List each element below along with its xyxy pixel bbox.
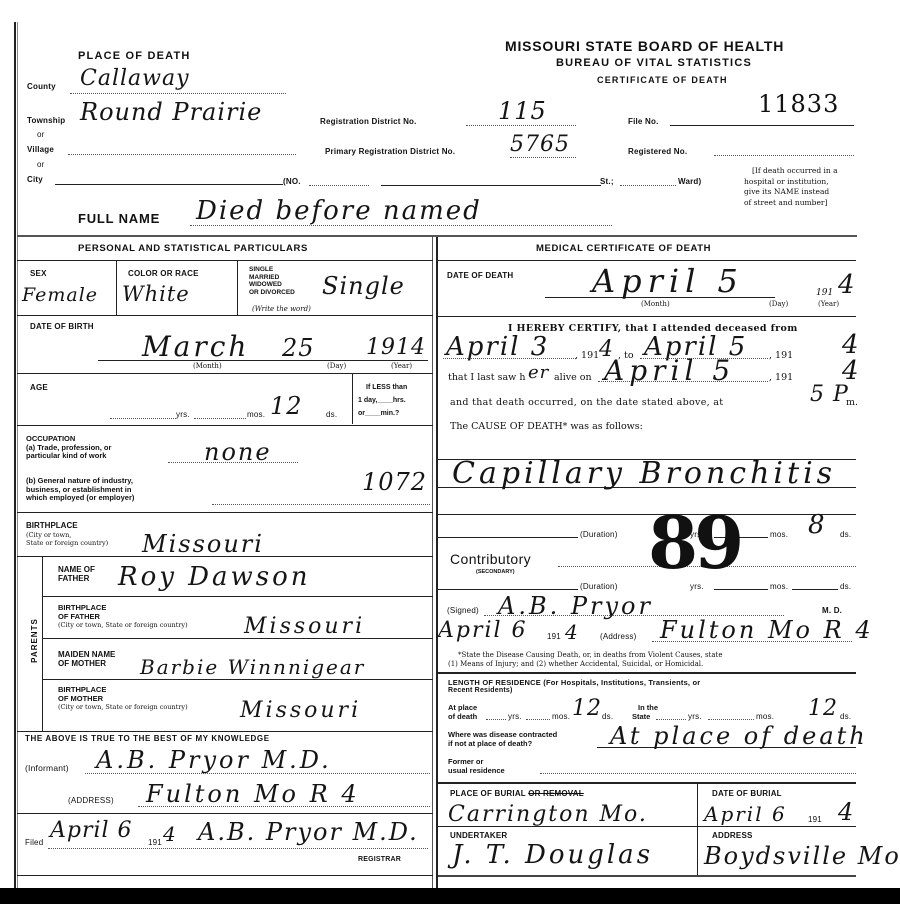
registrar-signature: A.B. Pryor M.D.: [198, 818, 419, 846]
hospital-note-line: of street and number]: [744, 198, 838, 209]
age-divider: [352, 374, 353, 424]
dod-year-prefix: 191: [816, 288, 833, 298]
at-place-label: At place of death: [448, 704, 477, 721]
res-place-ds-value: 12: [572, 696, 602, 721]
mother-maiden-label-line: OF MOTHER: [58, 659, 115, 668]
contracted-value: At place of death: [610, 722, 868, 750]
contributory-label: Contributory: [450, 551, 531, 567]
left-border: [14, 22, 16, 888]
duration-label-1: (Duration): [580, 530, 618, 539]
file-no-line: [670, 125, 854, 126]
ward-label: Ward): [678, 177, 701, 186]
age-yrs-label: yrs.: [176, 410, 190, 419]
dod-bottom-line: [438, 316, 856, 317]
bureau-title: BUREAU OF VITAL STATISTICS: [556, 57, 752, 69]
age-ds-value: 12: [270, 392, 303, 420]
father-name-value: Roy Dawson: [118, 562, 311, 592]
dod-month-caption: (Month): [641, 300, 670, 308]
death-time-value: 5 P: [810, 382, 849, 407]
signed-address-label: (Address): [600, 632, 636, 641]
in-state-label: In the State: [632, 704, 658, 721]
primary-reg-value: 5765: [510, 132, 570, 157]
center-divider: [436, 237, 438, 888]
dob-year: 1914: [366, 335, 426, 360]
marital-option: WIDOWED: [249, 281, 295, 289]
sex-race-divider: [116, 261, 117, 315]
filed-year-suffix: 4: [163, 822, 177, 846]
dod-year-suffix: 4: [838, 270, 856, 300]
undertaker-bottom-line: [438, 875, 856, 877]
parents-label: PARENTS: [30, 618, 39, 663]
dob-month: March: [142, 330, 249, 363]
full-name-value: Died before named: [196, 196, 482, 226]
father-bp-value: Missouri: [244, 614, 365, 639]
burial-row-line: [438, 826, 856, 827]
birthplace-value: Missouri: [142, 530, 264, 558]
res-place-yrs-line: [486, 719, 506, 720]
father-row-line: [43, 596, 433, 597]
occupation-label: OCCUPATION (a) Trade, profession, or par…: [26, 435, 111, 461]
occupation-a-line: particular kind of work: [26, 452, 111, 461]
father-bp-label: BIRTHPLACE OF FATHER (City or town, Stat…: [58, 604, 188, 630]
last-saw-post: alive on: [554, 372, 592, 383]
contracted-label-line: if not at place of death?: [448, 740, 557, 749]
attended-from-year-prefix: , 191: [575, 350, 599, 361]
occupation-b-label: (b) General nature of industry, business…: [26, 477, 134, 503]
footnote-line: (1) Means of Injury; and (2) whether Acc…: [448, 660, 722, 669]
parents-divider: [42, 557, 43, 731]
duration-ds-label-1: ds.: [840, 530, 851, 539]
duration-mos-label-1: mos.: [770, 530, 788, 539]
certificate-document: PLACE OF DEATH MISSOURI STATE BOARD OF H…: [0, 0, 900, 904]
county-value: Callaway: [80, 66, 190, 91]
father-bp-row-line: [43, 638, 433, 639]
or-label-2: or: [37, 160, 45, 169]
md-label: M. D.: [822, 606, 842, 615]
contracted-label: Where was disease contracted if not at p…: [448, 731, 557, 748]
undertaker-label: UNDERTAKER: [450, 831, 507, 840]
marital-value: Single: [322, 272, 405, 300]
last-saw-pronoun: er: [528, 362, 549, 383]
full-name-label: FULL NAME: [78, 211, 160, 226]
age-mos-line: [194, 418, 246, 419]
father-bp-label-line: OF FATHER: [58, 613, 188, 622]
occupation-b-line: which employed (or employer): [26, 494, 134, 503]
file-no-label: File No.: [628, 117, 659, 126]
footnote-bottom-line: [438, 672, 856, 674]
mother-bp-sub: (City or town, State or foreign country): [58, 703, 188, 712]
duration-ds-value: 8: [808, 510, 826, 540]
marital-note: (Write the word): [252, 305, 311, 313]
filed-bottom-line: [17, 875, 433, 876]
last-saw-year-prefix: , 191: [769, 372, 793, 383]
duration-line-1: [438, 537, 578, 538]
row-line-3: [17, 425, 433, 426]
father-name-label-line: FATHER: [58, 574, 95, 583]
duration-line-2: [438, 589, 578, 590]
informant-address-label: (ADDRESS): [68, 796, 114, 805]
age-label: AGE: [30, 383, 48, 392]
county-label: County: [27, 82, 56, 91]
burial-date-value: April 6: [704, 802, 787, 826]
duration-mos-label-2: mos.: [770, 582, 788, 591]
burial-year-prefix: 191: [808, 815, 822, 824]
village-line: [68, 154, 296, 155]
burial-place-value: Carrington Mo.: [448, 802, 648, 827]
signed-date: April 6: [438, 618, 528, 643]
less-than-line: or____min.?: [358, 407, 407, 420]
reg-district-label: Registration District No.: [320, 117, 417, 126]
occupation-a-value: none: [204, 438, 272, 466]
board-title: MISSOURI STATE BOARD OF HEALTH: [505, 38, 784, 54]
row-line-1: [17, 315, 433, 316]
no-label: (NO.: [283, 177, 301, 186]
undertaker-address-value: Boydsville Mo: [704, 842, 900, 870]
attended-to-year-prefix: , 191: [769, 350, 793, 361]
reg-district-line: [466, 125, 576, 126]
cause-value: Capillary Bronchitis: [452, 456, 836, 491]
burial-divider: [697, 784, 698, 875]
dod-year-caption: (Year): [818, 300, 839, 308]
birthplace-sub-line: State or foreign country): [26, 539, 108, 547]
dod-label: DATE OF DEATH: [447, 271, 513, 280]
birthplace-heading: BIRTHPLACE: [26, 521, 78, 530]
former-res-label: Former or usual residence: [448, 758, 505, 775]
informant-value: A.B. Pryor M.D.: [96, 746, 332, 774]
personal-section-title: PERSONAL AND STATISTICAL PARTICULARS: [78, 243, 308, 254]
dob-year-caption: (Year): [391, 362, 412, 370]
marital-option: OR DIVORCED: [249, 289, 295, 297]
row-line-2: [17, 373, 433, 374]
occupation-b-line: [212, 504, 430, 505]
age-yrs-line: [110, 418, 176, 419]
res-state-mos-line: [708, 719, 754, 720]
dod-day-caption: (Day): [769, 300, 788, 308]
duration-label-2: (Duration): [580, 582, 618, 591]
reg-district-value: 115: [498, 97, 547, 125]
registrar-label: REGISTRAR: [358, 856, 401, 863]
filed-line: [48, 848, 428, 849]
race-marital-divider: [237, 261, 238, 315]
occupation-code: 1072: [362, 468, 427, 496]
at-place-label-line: of death: [448, 713, 477, 722]
county-line: [70, 93, 286, 94]
hospital-note-line: give its NAME instead: [744, 187, 838, 198]
undertaker-address-label: ADDRESS: [712, 831, 753, 840]
residence-title-2: Recent Residents): [448, 687, 512, 694]
birthplace-sub: (City or town, State or foreign country): [26, 531, 108, 547]
less-than-line: 1 day,____hrs.: [358, 394, 407, 407]
village-label: Village: [27, 145, 54, 154]
res-state-yrs-line: [656, 719, 686, 720]
or-label-1: or: [37, 130, 45, 139]
former-res-label-line: usual residence: [448, 767, 505, 776]
mother-maiden-label: MAIDEN NAME OF MOTHER: [58, 650, 115, 668]
signed-address-value: Fulton Mo R 4: [660, 616, 874, 644]
mother-bp-label-line: OF MOTHER: [58, 695, 188, 704]
res-place-ds-label: ds.: [602, 712, 613, 721]
hospital-note: [If death occurred in a hospital or inst…: [744, 166, 838, 208]
informant-address-value: Fulton Mo R 4: [146, 780, 360, 808]
age-mos-label: mos.: [247, 410, 265, 419]
medical-title-line: [438, 260, 856, 261]
street-line: [381, 185, 601, 186]
less-than-day: If LESS than 1 day,____hrs. or____min.?: [358, 381, 407, 420]
hospital-note-line: hospital or institution,: [744, 177, 838, 188]
ward-line: [620, 185, 676, 186]
cause-code: 89: [648, 500, 740, 585]
res-place-mos-label: mos.: [552, 712, 570, 721]
death-time-suffix: m.: [846, 397, 858, 408]
filed-label: Filed: [25, 838, 43, 847]
dod-value: April 5: [592, 262, 744, 300]
birthplace-label: BIRTHPLACE: [26, 521, 78, 530]
registered-no-label: Registered No.: [628, 147, 687, 156]
dob-day-caption: (Day): [327, 362, 346, 370]
former-res-line: [540, 773, 856, 774]
residence-title: LENGTH OF RESIDENCE (For Hospitals, Inst…: [448, 678, 700, 687]
place-of-death-heading: PLACE OF DEATH: [78, 50, 191, 62]
burial-year-suffix: 4: [838, 798, 854, 826]
attended-from-date: April 3: [446, 332, 549, 362]
certificate-title: CERTIFICATE OF DEATH: [597, 75, 728, 85]
township-label: Township: [27, 116, 65, 125]
duration-ds-line-2: [792, 589, 838, 590]
marital-options: SINGLE MARRIED WIDOWED OR DIVORCED: [249, 266, 295, 296]
res-state-mos-label: mos.: [756, 712, 774, 721]
secondary-label: (SECONDARY): [476, 569, 515, 577]
registered-no-line: [714, 155, 854, 156]
mother-maiden-value: Barbie Winnnigear: [140, 655, 365, 679]
race-label: COLOR OR RACE: [128, 269, 199, 278]
last-saw-pre: that I last saw h: [448, 372, 525, 383]
parents-bottom-line: [17, 731, 433, 732]
dob-day: 25: [282, 334, 315, 362]
mother-bp-label: BIRTHPLACE OF MOTHER (City or town, Stat…: [58, 686, 188, 712]
informant-label: (Informant): [25, 763, 69, 773]
informant-bottom-line: [17, 813, 433, 814]
left-inner-border: [17, 22, 18, 888]
race-value: White: [122, 282, 190, 306]
res-place-yrs-label: yrs.: [508, 712, 522, 721]
signed-value: A.B. Pryor: [498, 592, 653, 620]
row-line-5: [17, 556, 433, 557]
death-time-pre: and that death occurred, on the date sta…: [450, 397, 723, 408]
dob-label: DATE OF BIRTH: [30, 322, 94, 331]
personal-title-line: [17, 260, 433, 261]
undertaker-value: J. T. Douglas: [452, 840, 653, 870]
filed-date: April 6: [50, 818, 133, 843]
city-line: [55, 184, 283, 185]
mother-row-line: [43, 679, 433, 680]
marital-option: SINGLE: [249, 266, 295, 274]
primary-reg-label: Primary Registration District No.: [325, 147, 455, 156]
burial-date-label: DATE OF BURIAL: [712, 789, 782, 798]
res-place-mos-line: [526, 719, 550, 720]
less-than-line: If LESS than: [358, 381, 407, 394]
cause-intro: The CAUSE OF DEATH* was as follows:: [450, 421, 643, 432]
mother-bp-value: Missouri: [240, 698, 361, 723]
res-state-ds-value: 12: [808, 696, 838, 721]
sex-label: SEX: [30, 269, 47, 278]
dob-month-caption: (Month): [193, 362, 222, 370]
father-name-label: NAME OF FATHER: [58, 565, 95, 583]
footnote-line: *State the Disease Causing Death, or, in…: [448, 651, 722, 660]
no-line: [309, 185, 369, 186]
father-bp-sub: (City or town, State or foreign country): [58, 621, 188, 630]
res-state-ds-label: ds.: [840, 712, 851, 721]
medical-section-title: MEDICAL CERTIFICATE OF DEATH: [536, 243, 711, 254]
scan-bottom-edge: [0, 888, 900, 904]
row-line-4: [17, 512, 433, 513]
attestation-text: THE ABOVE IS TRUE TO THE BEST OF MY KNOW…: [25, 734, 270, 743]
res-state-yrs-label: yrs.: [688, 712, 702, 721]
city-label: City: [27, 175, 43, 184]
mother-maiden-label-line: MAIDEN NAME: [58, 650, 115, 659]
birthplace-sub-line: (City or town,: [26, 531, 108, 539]
burial-place-label: PLACE OF BURIAL OR REMOVAL: [450, 789, 584, 798]
last-saw-date: April 5: [604, 354, 735, 387]
residence-bottom-line: [438, 782, 856, 784]
cause-intro-text: The CAUSE OF DEATH* was as follows:: [450, 421, 643, 432]
signed-year-prefix: 191: [547, 632, 561, 641]
filed-year-prefix: 191: [148, 838, 162, 847]
age-ds-label: ds.: [326, 410, 337, 419]
signed-year-suffix: 4: [565, 620, 579, 644]
footnote: *State the Disease Causing Death, or, in…: [448, 651, 722, 669]
sex-value: Female: [22, 284, 98, 306]
primary-reg-line: [510, 157, 576, 158]
cause-line-3: [438, 514, 856, 515]
st-label: St.;: [600, 177, 614, 186]
father-name-label-line: NAME OF: [58, 565, 95, 574]
burial-place-label-text: PLACE OF BURIAL: [450, 789, 526, 798]
file-number: 11833: [758, 90, 839, 118]
signed-label: (Signed): [447, 606, 479, 615]
right-border-left-panel: [432, 237, 433, 888]
in-state-label-line: State: [632, 713, 658, 722]
marital-option: MARRIED: [249, 274, 295, 282]
hospital-note-line: [If death occurred in a: [744, 166, 838, 177]
burial-removal-struck: OR REMOVAL: [528, 789, 584, 798]
duration-mos-line-2: [714, 589, 768, 590]
township-value: Round Prairie: [80, 98, 262, 126]
duration-ds-label-2: ds.: [840, 582, 851, 591]
